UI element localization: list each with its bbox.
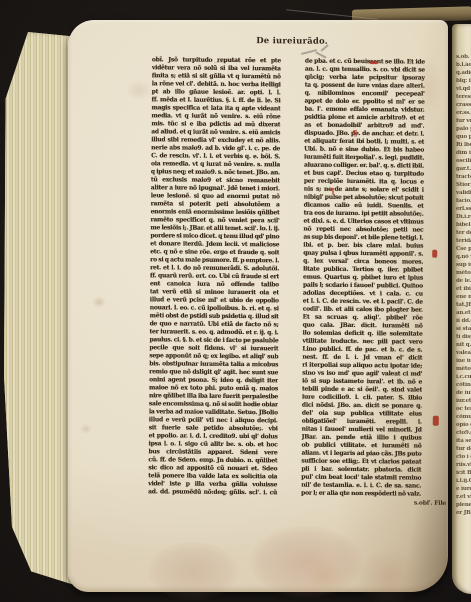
text-fragment-line: cto i cu — [456, 454, 471, 462]
text-fragment-line: Ri lbcil — [456, 142, 471, 150]
text-fragment-line: ii dd.qd — [456, 318, 471, 326]
text-fragment-line: icit Bal. — [456, 470, 471, 478]
facing-page-text-fragment: s.ob. Flib.l.ão pq.adictblq: iurvl.qd ao… — [456, 54, 471, 520]
text-fragment-line: blq: iur — [456, 78, 471, 86]
text-fragment-line: erl.ss.oc — [456, 206, 471, 214]
catchword: s.obl'. File — [390, 499, 446, 506]
text-column-right: de pba. et c. cũ beuissent se illo. Et i… — [301, 58, 425, 500]
text-fragment-line: e iureiu — [456, 486, 471, 494]
text-line: por l; er alia qte non respõderii nõ val… — [301, 490, 421, 499]
text-column-left: obĩ. Jsõ turpitudo reputat rõe et pte re… — [148, 56, 281, 498]
text-fragment-line: Di.i.rogl — [456, 214, 471, 222]
text-fragment-line: r.et vide — [456, 494, 471, 502]
text-fragment-line: iur.et b — [456, 398, 471, 406]
text-fragment-line: facio.l.a — [456, 198, 471, 206]
text-fragment-line: er JBar. — [456, 510, 471, 518]
text-fragment-line: riis.vt d — [456, 462, 471, 470]
text-fragment-line: bibel pe — [456, 222, 471, 230]
text-fragment-line: opio do — [456, 422, 471, 430]
text-fragment-line: er.ss.de — [456, 110, 471, 118]
facing-page-edge: s.ob. Flib.l.ão pq.adictblq: iurvl.qd ao… — [452, 24, 471, 594]
text-fragment-line: teresse i — [456, 94, 471, 102]
text-fragment-line: cõtinge — [456, 382, 471, 390]
text-fragment-line: an.et al — [456, 310, 471, 318]
text-fragment-line: oc tenet — [456, 406, 471, 414]
text-fragment-line: et ibi pl — [456, 286, 471, 294]
text-fragment-line: nit q.nõ — [456, 342, 471, 350]
text-fragment-line: tracto p — [456, 174, 471, 182]
text-fragment-line: Cse pac — [456, 246, 471, 254]
text-line: ad. dd. psumẽdũ nõ:deq; gñlis. scl'. i. … — [148, 488, 277, 497]
text-fragment-line: palo pu — [456, 126, 471, 134]
text-fragment-line: vl.qd ao — [456, 86, 471, 94]
text-block: De iureiurãdo. obĩ. Jsõ turpitudo reputa… — [63, 19, 448, 594]
rubric-margin-mark — [432, 250, 437, 258]
text-fragment-line: b.l.ão p — [456, 62, 471, 70]
text-fragment-line: tat.JBo. — [456, 302, 471, 310]
text-fragment-line: Stior fur — [456, 182, 471, 190]
text-fragment-line: teridaco — [456, 238, 471, 246]
text-fragment-line: validi m — [456, 190, 471, 198]
text-fragment-line: quo pat — [456, 134, 471, 142]
rubric-stroke — [370, 61, 378, 64]
rubric-paragraph-mark: ¶ — [352, 128, 357, 138]
text-fragment-line: ita serua — [456, 438, 471, 446]
text-fragment-line: oscilis.l — [456, 158, 471, 166]
text-fragment-line: ene not — [456, 294, 471, 302]
text-fragment-line: si statu — [456, 326, 471, 334]
text-fragment-line: ine iura — [456, 358, 471, 366]
text-fragment-line: plene p — [456, 502, 471, 510]
text-fragment-line: dim i de — [456, 150, 471, 158]
text-fragment-line: q.nõ val — [456, 254, 471, 262]
text-fragment-line: ti dispo — [456, 334, 471, 342]
text-fragment-line: de le.ij. — [456, 278, 471, 286]
text-fragment-line: q.adict — [456, 70, 471, 78]
text-fragment-line: ter denti — [456, 230, 471, 238]
text-fragment-line: mẽto.ff. — [456, 270, 471, 278]
manuscript-page: De iureiurãdo. obĩ. Jsõ turpitudo reputa… — [68, 20, 448, 592]
text-fragment-line: s.ob. Fli — [456, 54, 471, 62]
rubric-paragraph-mark: ¶ — [330, 186, 335, 196]
text-fragment-line: i.c.cum — [456, 374, 471, 382]
text-fragment-line: cõmunis — [456, 414, 471, 422]
text-fragment-line: crassi le — [456, 102, 471, 110]
text-fragment-line: valeat s — [456, 350, 471, 358]
text-fragment-line: cto9.et — [456, 430, 471, 438]
text-fragment-line: tur de fa — [456, 446, 471, 454]
text-fragment-line: i.l.ij.C.d — [456, 478, 471, 486]
running-title: De iureiurãdo. — [246, 36, 338, 47]
text-fragment-line: mẽto.vt — [456, 366, 471, 374]
text-fragment-line: gar.t.l.i — [456, 166, 471, 174]
text-fragment-line: fur vdde — [456, 118, 471, 126]
text-fragment-line: de iure — [456, 390, 471, 398]
text-fragment-line: sup iura — [456, 262, 471, 270]
rubric-margin-mark — [433, 416, 439, 426]
open-book-photo: De iureiurãdo. obĩ. Jsõ turpitudo reputa… — [0, 0, 471, 602]
